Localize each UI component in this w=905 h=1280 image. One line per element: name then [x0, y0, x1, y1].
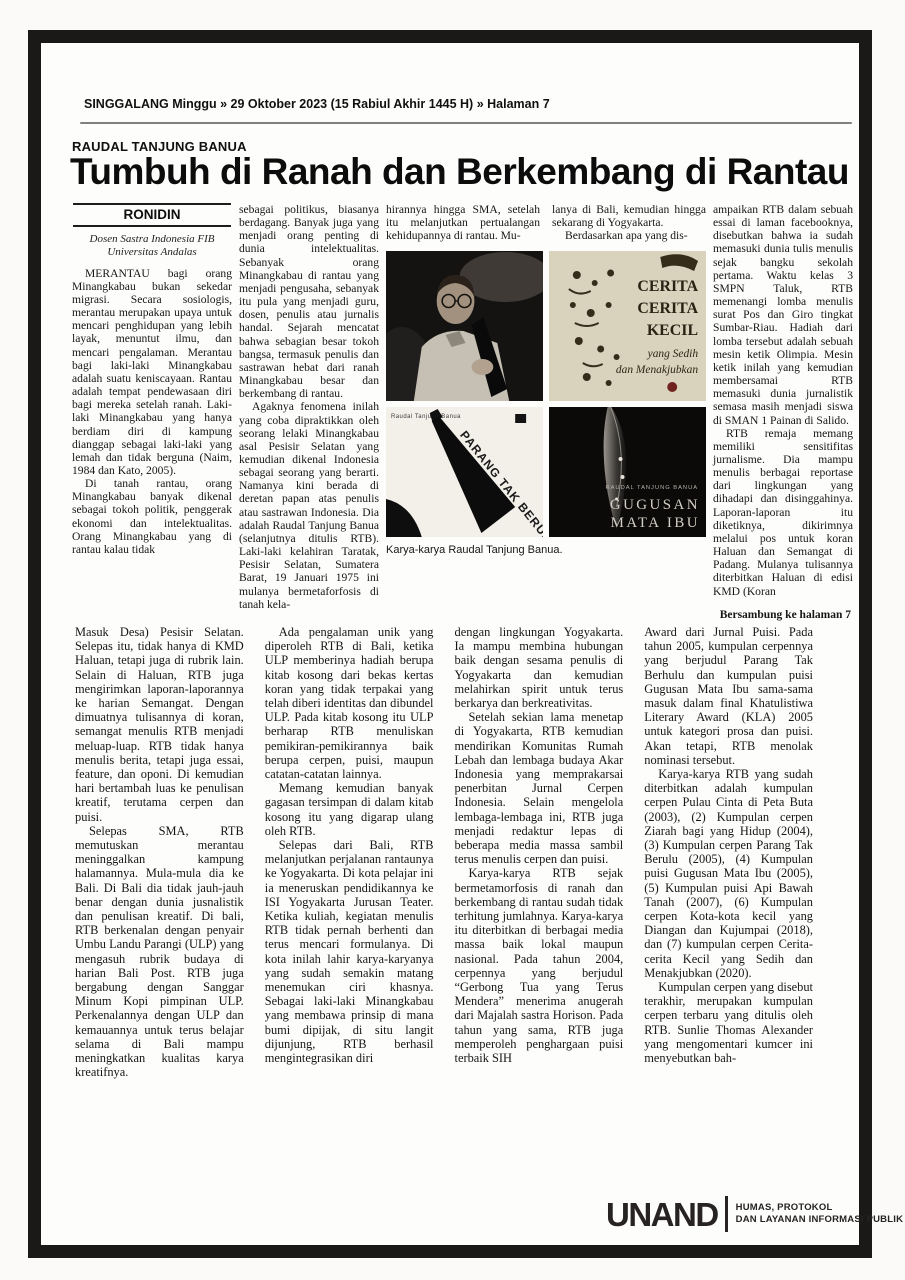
- footer-brand: UNAND HUMAS, PROTOKOL DAN LAYANAN INFORM…: [606, 1196, 903, 1232]
- article-column-top-3: hirannya hingga SMA, setelah itu melanju…: [386, 203, 540, 242]
- footer-divider: [725, 1196, 728, 1232]
- byline-affiliation-line-2: Universitas Andalas: [72, 246, 232, 259]
- masthead-rule: [80, 122, 852, 124]
- paragraph: Karya-karya RTB sejak bermetamorfosis di…: [455, 866, 624, 1065]
- footer-dept-line-1: HUMAS, PROTOKOL: [736, 1202, 903, 1214]
- paragraph: hirannya hingga SMA, setelah itu melanju…: [386, 203, 540, 242]
- cover-title-line-1: GUGUSAN: [610, 497, 700, 513]
- article-column-top-1: RONIDIN Dosen Sastra Indonesia FIB Unive…: [72, 203, 232, 622]
- paragraph: sebagai politikus, biasanya berdagang. B…: [239, 203, 379, 400]
- byline-affiliation-line-1: Dosen Sastra Indonesia FIB: [72, 233, 232, 246]
- byline-author: RONIDIN: [72, 205, 232, 225]
- newspaper-scan-page: SINGGALANG Minggu » 29 Oktober 2023 (15 …: [0, 0, 905, 1280]
- paragraph: RTB remaja memang memiliki sensitifitas …: [713, 427, 853, 598]
- cover-author-label: Raudal Tanjung Banua: [391, 414, 461, 420]
- paragraph: Masuk Desa) Pesisir Selatan. Selepas itu…: [75, 625, 244, 824]
- cover-subtitle-line-2: dan Menakjubkan: [616, 364, 698, 376]
- masthead-line: SINGGALANG Minggu » 29 Oktober 2023 (15 …: [84, 97, 550, 111]
- cover-title-line-2: MATA IBU: [611, 515, 700, 531]
- footer-dept: HUMAS, PROTOKOL DAN LAYANAN INFORMASI PU…: [736, 1202, 903, 1226]
- paragraph: Berdasarkan apa yang dis-: [552, 229, 706, 242]
- book-cover-gugusan-mata-ibu: RAUDAL TANJUNG BANUA GUGUSAN MATA IBU: [549, 407, 706, 537]
- byline-rule-bottom: [73, 225, 231, 227]
- paragraph: ampaikan RTB dalam sebuah essai di laman…: [713, 203, 853, 427]
- article-column-bottom-3: dengan lingkungan Yogyakarta. Ia mampu m…: [455, 625, 624, 1080]
- paragraph: Selepas dari Bali, RTB melanjutkan perja…: [265, 838, 434, 1065]
- article-column-bottom-2: Ada pengalaman unik yang diperoleh RTB d…: [265, 625, 434, 1080]
- column-text: ampaikan RTB dalam sebuah essai di laman…: [713, 203, 853, 598]
- paragraph: Ada pengalaman unik yang diperoleh RTB d…: [265, 625, 434, 781]
- article-column-top-2: sebagai politikus, biasanya berdagang. B…: [239, 203, 379, 622]
- paragraph: Agaknya fenomena inilah yang coba diprak…: [239, 400, 379, 611]
- paragraph: Award dari Jurnal Puisi. Pada tahun 2005…: [644, 625, 813, 767]
- paragraph: Setelah sekian lama menetap di Yogyakart…: [455, 710, 624, 866]
- article-column-top-5: ampaikan RTB dalam sebuah essai di laman…: [713, 203, 853, 622]
- cover-title-line-1: CERITA: [637, 278, 698, 295]
- bottom-columns: Masuk Desa) Pesisir Selatan. Selepas itu…: [75, 625, 813, 1080]
- top-columns: RONIDIN Dosen Sastra Indonesia FIB Unive…: [72, 203, 854, 622]
- middle-text-row: hirannya hingga SMA, setelah itu melanju…: [386, 203, 706, 242]
- unand-logo-text: UNAND: [606, 1198, 718, 1231]
- article-headline: Tumbuh di Ranah dan Berkembang di Rantau: [70, 153, 870, 192]
- cover-title-line-2: CERITA: [637, 300, 698, 317]
- photo-grid: CERITA CERITA KECIL yang Sedih dan Menak…: [386, 251, 706, 537]
- article-middle-block: hirannya hingga SMA, setelah itu melanju…: [386, 203, 706, 622]
- paragraph: Selepas SMA, RTB memutuskan merantau men…: [75, 824, 244, 1080]
- byline-affiliation: Dosen Sastra Indonesia FIB Universitas A…: [72, 233, 232, 259]
- continuation-notice: Bersambung ke halaman 7: [713, 609, 853, 622]
- column-text: MERANTAU bagi orang Minangkabau bukan se…: [72, 267, 232, 556]
- photo-caption: Karya-karya Raudal Tanjung Banua.: [386, 544, 706, 556]
- paragraph: dengan lingkungan Yogyakarta. Ia mampu m…: [455, 625, 624, 710]
- cover-title-line-3: KECIL: [647, 322, 698, 339]
- paragraph: MERANTAU bagi orang Minangkabau bukan se…: [72, 267, 232, 478]
- paragraph: Memang kemudian banyak gagasan tersimpan…: [265, 781, 434, 838]
- cover-subtitle-line-1: yang Sedih: [647, 348, 699, 360]
- footer-dept-line-2: DAN LAYANAN INFORMASI PUBLIK: [736, 1214, 903, 1226]
- article-column-bottom-4: Award dari Jurnal Puisi. Pada tahun 2005…: [644, 625, 813, 1080]
- article-column-bottom-1: Masuk Desa) Pesisir Selatan. Selepas itu…: [75, 625, 244, 1080]
- byline-box: RONIDIN Dosen Sastra Indonesia FIB Unive…: [72, 203, 232, 259]
- paragraph: Di tanah rantau, orang Minangkabau banya…: [72, 477, 232, 556]
- book-cover-cerita-kecil: CERITA CERITA KECIL yang Sedih dan Menak…: [549, 251, 706, 401]
- paragraph: Kumpulan cerpen yang disebut terakhir, m…: [644, 980, 813, 1065]
- paragraph: Karya-karya RTB yang sudah diterbitkan a…: [644, 767, 813, 980]
- article-column-top-4: lanya di Bali, kemudian hingga sekarang …: [552, 203, 706, 242]
- rtb-portrait-photo: [386, 251, 543, 401]
- cover-author-label: RAUDAL TANJUNG BANUA: [605, 485, 698, 491]
- paragraph: lanya di Bali, kemudian hingga sekarang …: [552, 203, 706, 229]
- book-cover-parang-tak-berulu: Raudal Tanjung Banua PARANG TAK BERULU: [386, 407, 543, 537]
